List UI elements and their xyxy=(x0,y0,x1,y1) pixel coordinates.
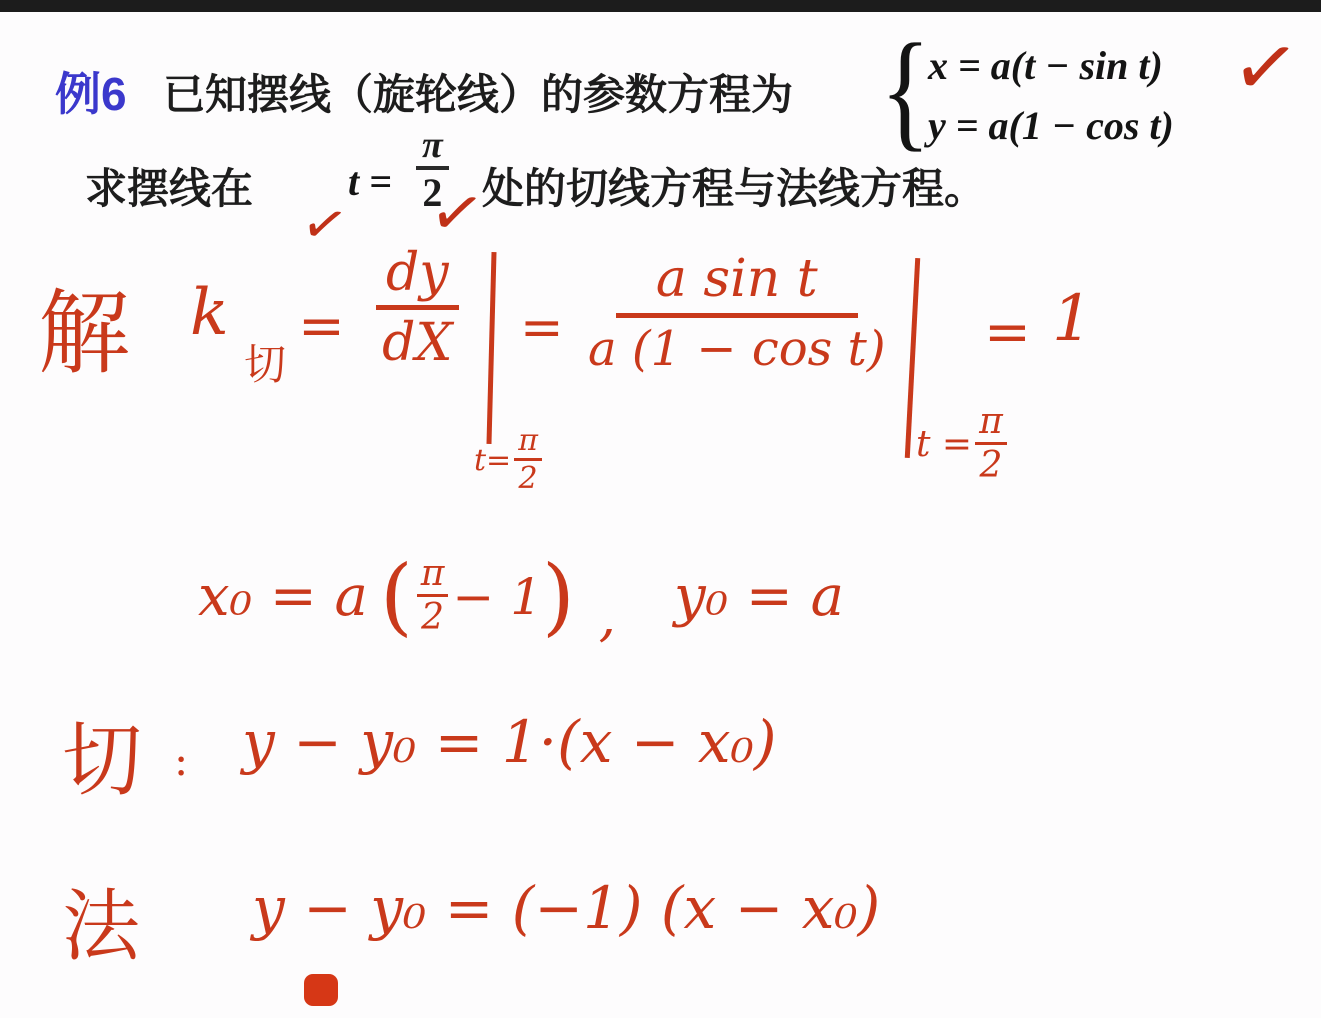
minus-one: − 1 xyxy=(452,568,542,626)
derivative-numerator: dy xyxy=(376,246,459,310)
eval-denominator: 2 xyxy=(519,461,538,495)
tangent-equation: y − y₀ = 1·(x − x₀) xyxy=(242,708,776,776)
eval-numerator: π xyxy=(514,426,542,461)
equals-sign: = xyxy=(984,300,1031,365)
eval-pi-over-2: π 2 xyxy=(514,426,542,495)
equals-sign: = xyxy=(520,298,564,358)
parametric-equation-y: y = a(1 − cos t) xyxy=(928,102,1174,149)
comma: , xyxy=(599,585,616,648)
evaluation-point-1: t= π 2 xyxy=(474,426,542,495)
open-paren: ( xyxy=(380,559,413,635)
checkmark-icon: ✓ xyxy=(297,194,352,256)
laser-pointer-dot xyxy=(304,974,338,1006)
slope-result: 1 xyxy=(1052,282,1093,356)
problem-statement-line1: 已知摆线（旋轮线）的参数方程为 xyxy=(163,62,793,122)
example-label: 例6 xyxy=(55,58,127,124)
checkmark-icon: ✓ xyxy=(1227,24,1305,113)
eval-variable: t= xyxy=(474,443,511,478)
ratio-fraction: a sin t a (1 − cos t) xyxy=(588,252,886,377)
top-letterbox-bar xyxy=(0,0,1321,12)
normal-equation: y − y₀ = (−1) (x − x₀) xyxy=(252,874,880,942)
eval-variable: t = xyxy=(916,424,972,465)
slope-k-variable: k xyxy=(190,276,229,350)
evaluation-bar xyxy=(486,252,496,444)
y0-equals-a: y₀ = a xyxy=(674,564,844,629)
eval-pi-over-2: π 2 xyxy=(975,404,1007,486)
eval-numerator: π xyxy=(975,404,1007,445)
derivative-fraction: dy dX xyxy=(376,246,459,373)
x0-equals-a: x₀ = a xyxy=(198,564,368,629)
normal-label: 法 xyxy=(62,864,140,976)
equals-sign: = xyxy=(298,294,345,359)
fraction-numerator: π xyxy=(417,556,449,597)
eval-denominator: 2 xyxy=(979,445,1002,486)
point-coordinates: x₀ = a ( π 2 − 1 ) , y₀ = a xyxy=(198,545,844,648)
fraction-denominator: 2 xyxy=(421,597,444,638)
pi-over-2-fraction: π 2 xyxy=(417,556,449,638)
system-brace: { xyxy=(880,24,931,156)
derivative-denominator: dX xyxy=(382,310,452,374)
close-paren: ) xyxy=(542,559,575,635)
tangent-colon: : xyxy=(174,736,188,785)
problem-statement-line2-post: 处的切线方程与法线方程。 xyxy=(482,156,986,216)
evaluation-point-2: t = π 2 xyxy=(916,404,1007,486)
slope-k-subscript: 切 xyxy=(244,332,286,392)
solve-label: 解 xyxy=(38,275,130,395)
problem-statement-line2-pre: 求摆线在 xyxy=(85,156,253,216)
parametric-equation-x: x = a(t − sin t) xyxy=(928,42,1163,89)
ratio-denominator: a (1 − cos t) xyxy=(588,318,886,377)
fraction-numerator: π xyxy=(416,126,449,170)
ratio-numerator: a sin t xyxy=(616,252,858,318)
lecture-slide: { "colors": { "handwriting_red": "#c9391… xyxy=(0,0,1321,1018)
tangent-label: 切 xyxy=(62,696,142,811)
t-equals: t = xyxy=(348,158,392,205)
checkmark-icon: ✓ xyxy=(425,178,489,250)
